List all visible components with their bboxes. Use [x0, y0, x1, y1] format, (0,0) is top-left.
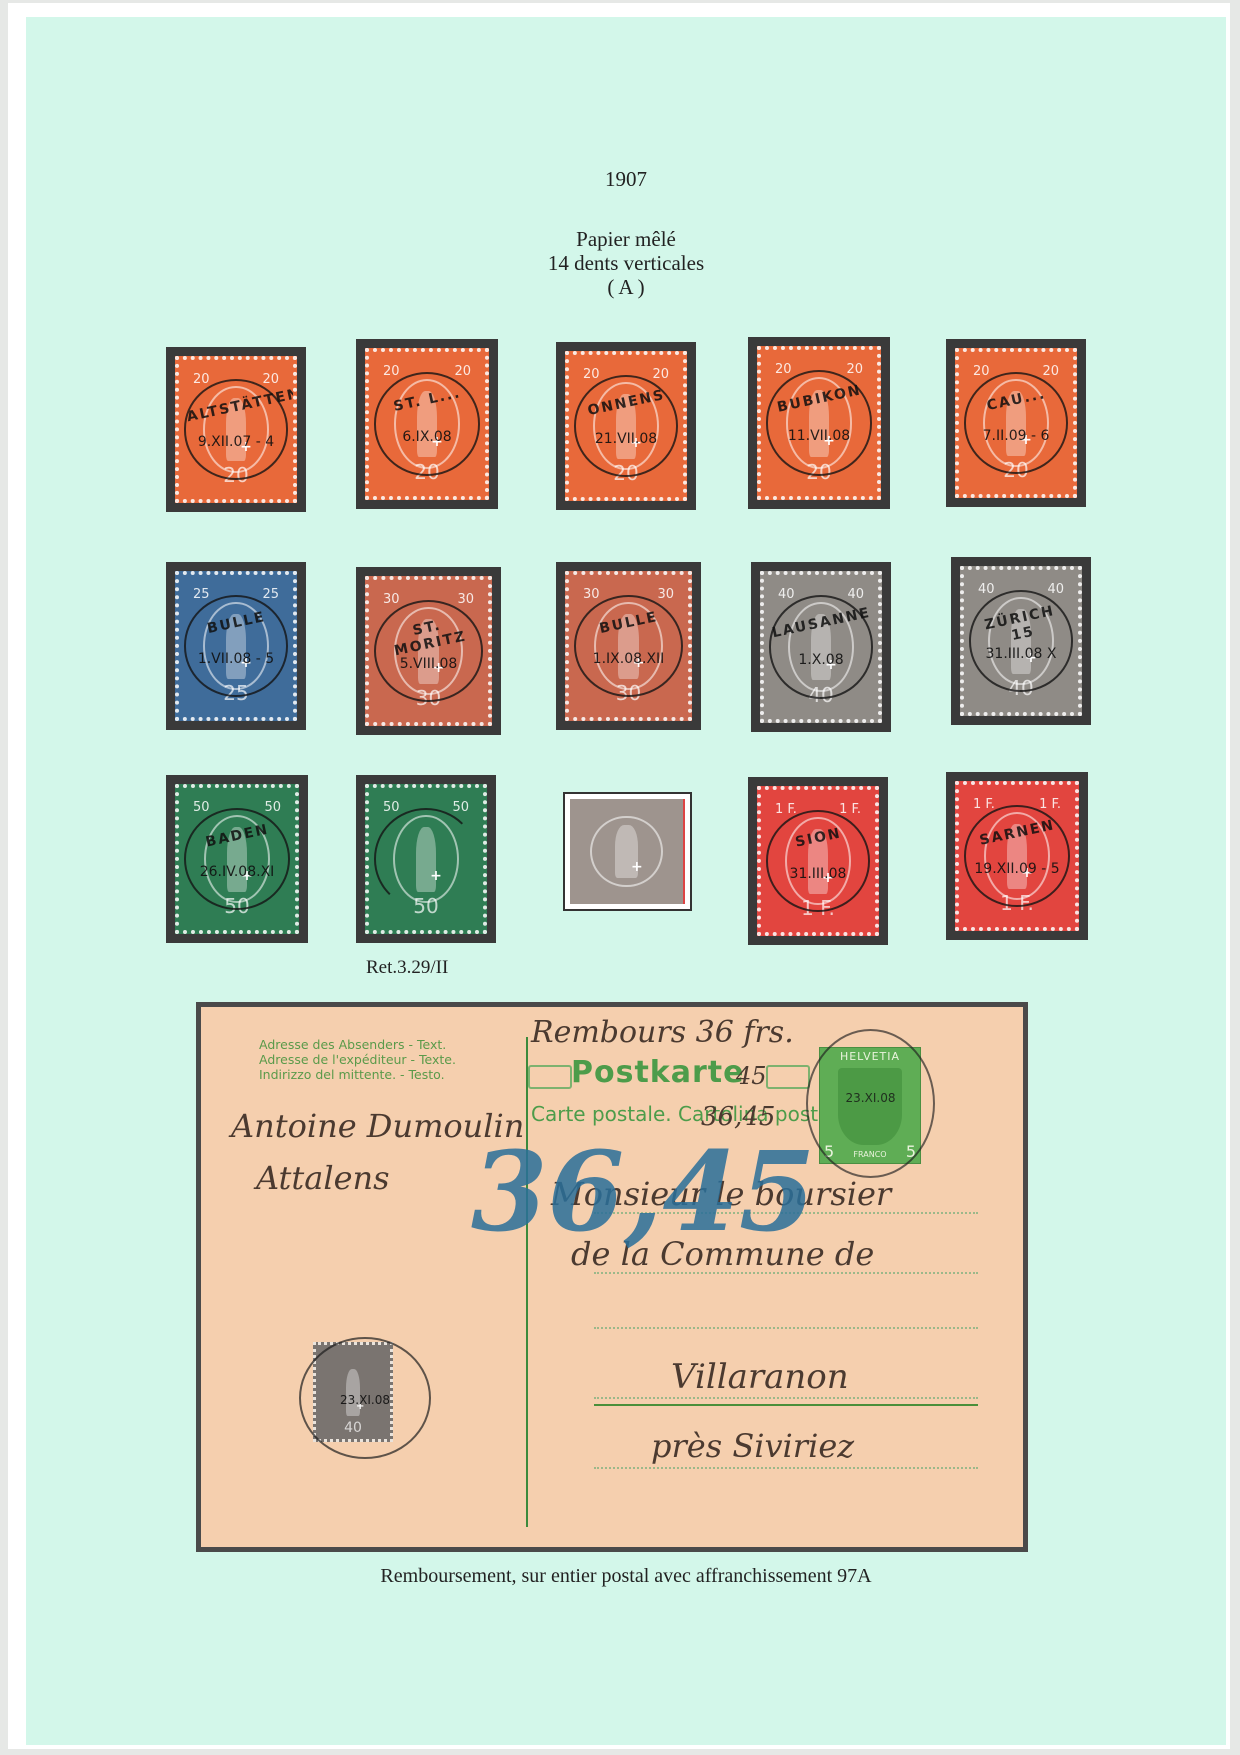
address-line — [594, 1327, 978, 1329]
postmark-icon: BULLE1.IX.08.XII — [574, 595, 684, 697]
postmark-town: ZÜRICH 15 — [968, 599, 1073, 651]
stamp-mount: 3030+30BULLE1.IX.08.XII — [556, 562, 701, 730]
handwriting-rembours: Rembours 36 frs. — [531, 1015, 794, 1050]
stamp-value: 20 — [775, 362, 792, 377]
stamp-mount: 2020+20ONNENS21.VII.08 — [556, 342, 696, 510]
stamp: 1 F.1 F.+1 F.SION31.III.08 — [757, 786, 879, 936]
stamp: 5050+50 — [365, 784, 487, 934]
stamp-mount: 4040+40ZÜRICH 1531.III.08 X — [951, 557, 1091, 725]
postmark-date: 5.VIII.08 — [376, 656, 482, 672]
postcard-title: Postkarte — [571, 1055, 744, 1090]
stamp: 4040+40ZÜRICH 1531.III.08 X — [960, 566, 1082, 716]
page-subtitle: Papier mêlé 14 dents verticales ( A ) — [26, 227, 1226, 299]
stamp: 1 F.1 F.+1 F.SARNEN19.XII.09 - 5 — [955, 781, 1079, 931]
postmark-icon: ALTSTÄTTEN9.XII.07 - 4 — [184, 379, 289, 479]
album-sheet: 1907 Papier mêlé 14 dents verticales ( A… — [8, 3, 1230, 1749]
postmark-date: 9.XII.07 - 4 — [186, 434, 287, 450]
stamp-value: 40 — [847, 587, 864, 602]
postmark-icon: BADEN26.IV.08.XI — [184, 808, 291, 910]
postmark-icon — [374, 808, 479, 910]
stamp-value: 1 F. — [1039, 797, 1061, 812]
stamp-value: 20 — [973, 364, 990, 379]
postmark-date: 11.VII.08 — [768, 428, 871, 444]
stamp-value: 50 — [452, 800, 469, 815]
sender-label-it: Indirizzo del mittente. - Testo. — [259, 1067, 456, 1082]
postmark-date: 26.IV.08.XI — [186, 864, 289, 880]
stamp-value: 20 — [454, 364, 471, 379]
stamp-mount: 1 F.1 F.+1 F.SARNEN19.XII.09 - 5 — [946, 772, 1088, 940]
postmark-town: BADEN — [185, 817, 289, 854]
stamp: 2020+20CAU...7.II.09 - 6 — [955, 348, 1077, 498]
postmark-icon: BUBIKON11.VII.08 — [766, 370, 873, 475]
sender-label-fr: Adresse de l'expéditeur - Texte. — [259, 1052, 456, 1067]
stamp-mount: 2020+20BUBIKON11.VII.08 — [748, 337, 890, 509]
postmark-date: 31.III.08 — [768, 866, 869, 882]
postmark-town: ALTSTÄTTEN — [185, 388, 287, 425]
postmark-icon: ST. MORITZ5.VIII.08 — [374, 600, 484, 702]
address-line — [594, 1397, 978, 1399]
postcard-caption: Remboursement, sur entier postal avec af… — [26, 1565, 1226, 1588]
stamp-value: 20 — [262, 372, 279, 387]
page-year: 1907 — [26, 167, 1226, 192]
stamp: 2020+20BUBIKON11.VII.08 — [757, 346, 881, 500]
subtitle-line: Papier mêlé — [26, 227, 1226, 251]
stamp: 2525+25BULLE1.VII.08 - 5 — [175, 571, 297, 721]
address-separator — [594, 1404, 978, 1406]
sender-address-label: Adresse des Absenders - Text. Adresse de… — [259, 1037, 456, 1082]
handwriting-recipient-3: Villaranon — [671, 1357, 849, 1397]
proof-stamp: + — [570, 799, 685, 904]
postmark-icon: CAU...7.II.09 - 6 — [964, 372, 1069, 474]
postmark-town: ST. L... — [375, 382, 479, 419]
stamp-value: 50 — [193, 800, 210, 815]
handwriting-sender-place: Attalens — [256, 1159, 390, 1197]
postmark-icon: ONNENS21.VII.08 — [574, 375, 679, 477]
stamp-mount: 2020+20CAU...7.II.09 - 6 — [946, 339, 1086, 507]
stamp-value: 25 — [193, 587, 210, 602]
stamp-value: 25 — [262, 587, 279, 602]
stamp-value: 20 — [383, 364, 400, 379]
stamp-mount: 3030+30ST. MORITZ5.VIII.08 — [356, 567, 501, 735]
stamp-value: 1 F. — [839, 802, 861, 817]
stamp-value: 20 — [846, 362, 863, 377]
postcard-subtitle: Carte postale. Cartolina postale — [531, 1102, 848, 1126]
postmark-town: BULLE — [575, 604, 682, 642]
postmark-icon: SARNEN19.XII.09 - 5 — [964, 805, 1071, 907]
address-line — [594, 1467, 978, 1469]
ornament-icon — [528, 1065, 572, 1089]
album-page: 1907 Papier mêlé 14 dents verticales ( A… — [26, 17, 1226, 1745]
stamp-value: 50 — [383, 800, 400, 815]
postmark-date: 23.XI.08 — [808, 1091, 933, 1105]
stamp-value: 20 — [652, 367, 669, 382]
postmark-icon: ST. L...6.IX.08 — [374, 372, 481, 476]
stamp-value: 50 — [264, 800, 281, 815]
postmark-date: 19.XII.09 - 5 — [966, 861, 1069, 877]
handwriting-blue-amount: 36,45 — [471, 1127, 815, 1256]
postmark-icon: BULLE1.VII.08 - 5 — [184, 595, 289, 697]
stamp-value: 20 — [583, 367, 600, 382]
stamp-value: 20 — [1042, 364, 1059, 379]
postmark-town: BUBIKON — [767, 380, 871, 417]
postmark-icon: LAUSANNE1.X.08 — [769, 595, 874, 699]
handwriting-recipient-4: près Siviriez — [651, 1427, 854, 1465]
ret-label: Ret.3.29/II — [366, 957, 448, 979]
stamp: 5050+50BADEN26.IV.08.XI — [175, 784, 299, 934]
postmark-date: 7.II.09 - 6 — [966, 428, 1067, 444]
swiss-cross-icon: + — [631, 860, 645, 874]
stamp: 2020+20ALTSTÄTTEN9.XII.07 - 4 — [175, 356, 297, 503]
handwriting-note: 45 — [736, 1062, 767, 1090]
stamp-value: 30 — [457, 592, 474, 607]
stamp-value: 40 — [778, 587, 795, 602]
ornament-icon — [766, 1065, 810, 1089]
postmark-date: 1.IX.08.XII — [576, 651, 682, 667]
card-divider — [526, 1037, 528, 1527]
stamp-value: 40 — [1047, 582, 1064, 597]
stamp-mount: 2525+25BULLE1.VII.08 - 5 — [166, 562, 306, 730]
stamp-value: 20 — [193, 372, 210, 387]
stamp-value: 30 — [583, 587, 600, 602]
stamp-value: 30 — [383, 592, 400, 607]
postmark-town: ONNENS — [575, 384, 677, 421]
postmark-date: 31.III.08 X — [971, 646, 1072, 662]
stamp-mount: 2020+20ST. L...6.IX.08 — [356, 339, 498, 509]
postmark-date: 1.VII.08 - 5 — [186, 651, 287, 667]
subtitle-line: 14 dents verticales — [26, 251, 1226, 275]
adhesive-postmark-date: 23.XI.08 — [301, 1393, 429, 1407]
stamp: 2020+20ST. L...6.IX.08 — [365, 348, 489, 500]
postcard-mount: Adresse des Absenders - Text. Adresse de… — [196, 1002, 1028, 1552]
stamp-value: 40 — [978, 582, 995, 597]
postmark-date: 21.VII.08 — [576, 431, 677, 447]
postmark-date: 1.X.08 — [771, 652, 872, 668]
postmark-town: CAU... — [965, 381, 1067, 418]
proof-stamp-mount: + — [563, 792, 692, 911]
stamp: 2020+20ONNENS21.VII.08 — [565, 351, 687, 501]
postcard: Adresse des Absenders - Text. Adresse de… — [201, 1007, 1023, 1547]
postmark-icon: SION31.III.08 — [766, 810, 871, 912]
stamp-mount: 2020+20ALTSTÄTTEN9.XII.07 - 4 — [166, 347, 306, 512]
postmark-town: SION — [767, 819, 869, 856]
stamp: 3030+30BULLE1.IX.08.XII — [565, 571, 692, 721]
stamp-mount: 5050+50 — [356, 775, 496, 943]
postmark-date: 6.IX.08 — [376, 429, 479, 445]
stamp: 3030+30ST. MORITZ5.VIII.08 — [365, 576, 492, 726]
subtitle-line: ( A ) — [26, 275, 1226, 299]
postmark-icon: 23.XI.08 — [806, 1029, 935, 1178]
postmark-icon: ZÜRICH 1531.III.08 X — [969, 590, 1074, 692]
stamp: 4040+40LAUSANNE1.X.08 — [760, 571, 882, 723]
postmark-town: SARNEN — [965, 814, 1069, 851]
postmark-town: BULLE — [185, 604, 287, 641]
postmark-town: LAUSANNE — [770, 605, 872, 642]
stamp-mount: 1 F.1 F.+1 F.SION31.III.08 — [748, 777, 888, 945]
postmark-town: ST. MORITZ — [374, 609, 484, 662]
postmark-icon: 23.XI.08 — [299, 1337, 431, 1459]
stamp-mount: 5050+50BADEN26.IV.08.XI — [166, 775, 308, 943]
stamp-mount: 4040+40LAUSANNE1.X.08 — [751, 562, 891, 732]
sender-label-de: Adresse des Absenders - Text. — [259, 1037, 456, 1052]
stamp-value: 30 — [657, 587, 674, 602]
